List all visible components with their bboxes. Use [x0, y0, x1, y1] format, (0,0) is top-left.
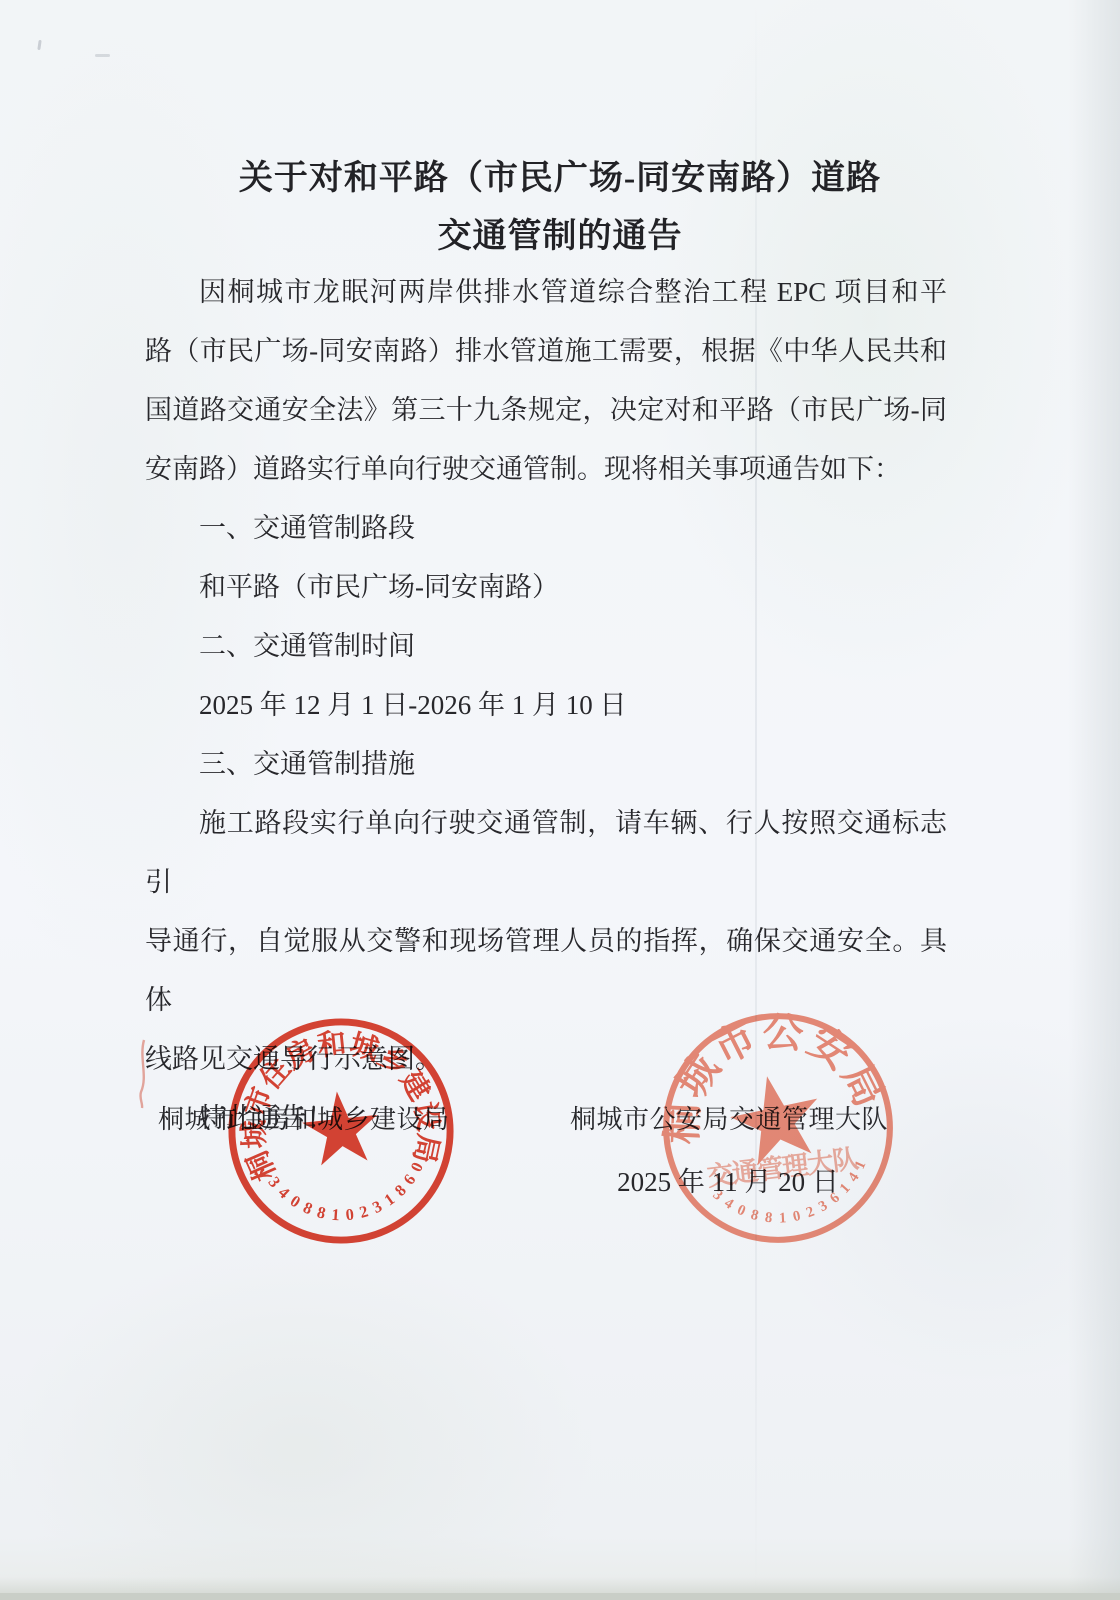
- scan-artifact-red-mark: [138, 1038, 152, 1110]
- scanned-notice-screenshot: { "document": { "title": { "line1": "关于对…: [0, 0, 1120, 1600]
- body-line: 和平路（市民广场-同安南路）: [145, 558, 947, 617]
- scan-artifact: [95, 54, 110, 57]
- scan-bottom-fade: [0, 1577, 1120, 1593]
- seal-banner-text: 交通管理大队: [705, 1143, 861, 1191]
- body-line: 安南路）道路实行单向行驶交通管制。现将相关事项通告如下：: [145, 440, 947, 499]
- body-line-control-dates: 2025 年 12 月 1 日-2026 年 1 月 10 日: [145, 676, 947, 735]
- notice-title-line1: 关于对和平路（市民广场-同安南路）道路: [0, 150, 1120, 199]
- scan-artifact: [37, 40, 41, 50]
- body-line: 路（市民广场-同安南路）排水管道施工需要，根据《中华人民共和: [145, 322, 947, 381]
- star-icon: [299, 1088, 381, 1167]
- body-line-section3-heading: 三、交通管制措施: [145, 735, 947, 794]
- body-line: 施工路段实行单向行驶交通管制，请车辆、行人按照交通标志引: [145, 794, 947, 912]
- body-line-section1-heading: 一、交通管制路段: [145, 499, 947, 558]
- official-seal-housing-bureau: 桐城市住房和城乡建设局 3408810231860: [224, 1014, 458, 1248]
- body-line: 国道路交通安全法》第三十九条规定，决定对和平路（市民广场-同: [145, 381, 947, 440]
- notice-page: 关于对和平路（市民广场-同安南路）道路 交通管制的通告 因桐城市龙眠河两岸供排水…: [0, 0, 1120, 1600]
- scan-bottom-edge: [0, 1593, 1120, 1600]
- notice-title-line2: 交通管制的通告: [0, 208, 1120, 257]
- body-line: 因桐城市龙眠河两岸供排水管道综合整治工程 EPC 项目和平: [145, 263, 947, 322]
- body-line-section2-heading: 二、交通管制时间: [145, 617, 947, 676]
- official-seal-traffic-police: 桐城市公安局 3408810236141 交通管理大队: [658, 1008, 898, 1248]
